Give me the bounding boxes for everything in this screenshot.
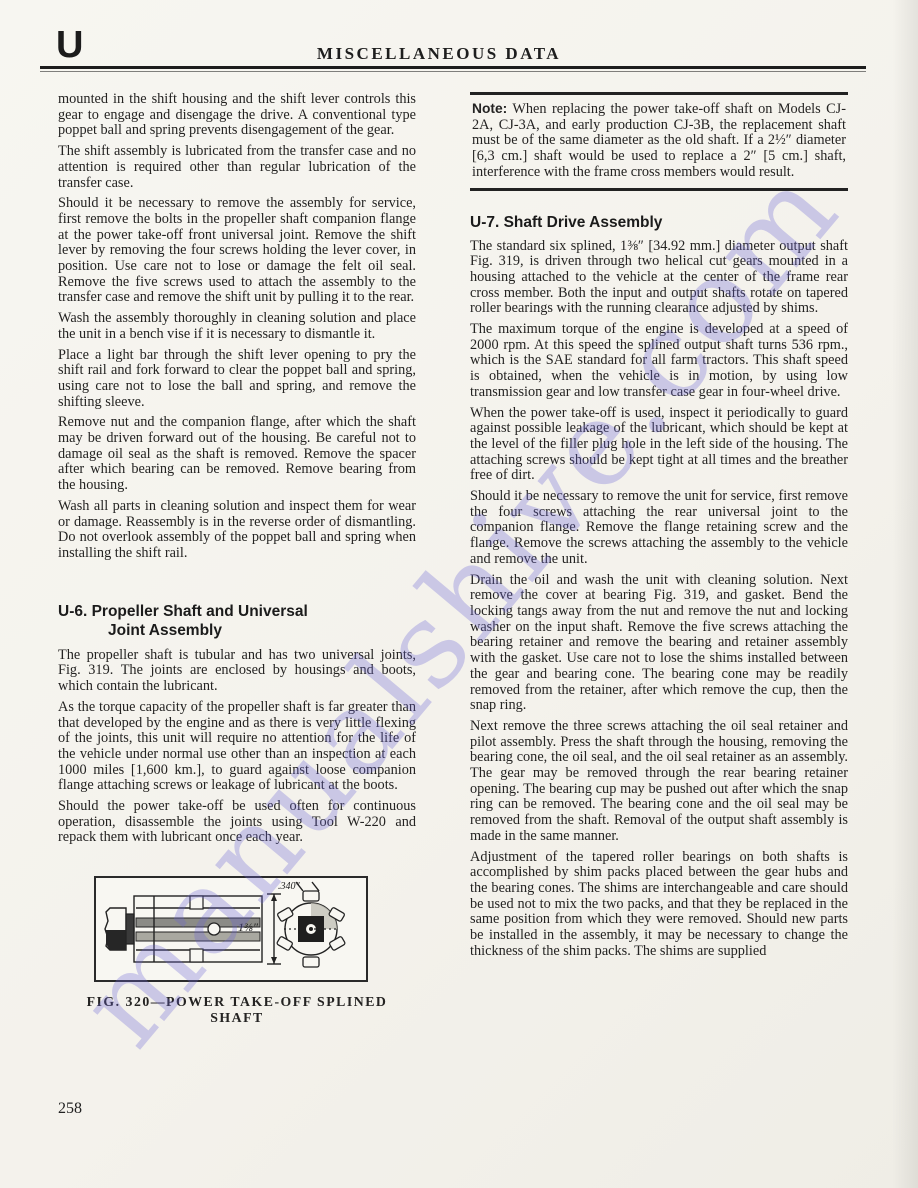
body-paragraph: Drain the oil and wash the unit with cle… (470, 573, 848, 714)
note-label: Note: (472, 101, 507, 116)
body-paragraph: Should it be necessary to remove the ass… (58, 196, 416, 306)
body-paragraph: mounted in the shift housing and the shi… (58, 92, 416, 139)
figure-dimension-left: 1⅜″ (238, 920, 258, 936)
section-heading-u7: U-7. Shaft Drive Assembly (470, 213, 848, 232)
note-box: Note: When replacing the power take-off … (470, 92, 848, 191)
body-paragraph: The shift assembly is lubricated from th… (58, 144, 416, 191)
page-title: MISCELLANEOUS DATA (0, 44, 878, 64)
left-column: mounted in the shift housing and the shi… (58, 92, 416, 1026)
body-paragraph: The propeller shaft is tubular and has t… (58, 648, 416, 695)
body-paragraph: The standard six splined, 1⅜″ [34.92 mm.… (470, 239, 848, 318)
body-paragraph: Should it be necessary to remove the uni… (470, 489, 848, 568)
body-paragraph: The maximum torque of the engine is deve… (470, 322, 848, 401)
note-text: When replacing the power take-off shaft … (472, 101, 846, 180)
body-paragraph: As the torque capacity of the propeller … (58, 700, 416, 794)
body-paragraph: Next remove the three screws attaching t… (470, 719, 848, 845)
scan-edge-shadow (892, 0, 918, 1188)
figure-splined-shaft: .340″ 1⅜″ (94, 876, 368, 982)
right-column: Note: When replacing the power take-off … (470, 92, 848, 964)
splined-shaft-drawing (96, 878, 366, 980)
body-paragraph: Remove nut and the companion flange, aft… (58, 415, 416, 494)
figure-caption: FIG. 320—POWER TAKE-OFF SPLINED SHAFT (58, 994, 416, 1025)
body-paragraph: Place a light bar through the shift leve… (58, 348, 416, 411)
section-heading-line1: U-6. Propeller Shaft and Universal (58, 603, 308, 620)
section-heading-u6: U-6. Propeller Shaft and Universal Joint… (58, 602, 416, 640)
figure-dimension-top: .340″ (278, 879, 300, 895)
body-paragraph: Wash the assembly thoroughly in cleaning… (58, 311, 416, 342)
section-heading-line2: Joint Assembly (58, 621, 416, 640)
page-number: 258 (58, 1100, 82, 1118)
body-paragraph: When the power take-off is used, inspect… (470, 406, 848, 485)
header-rule (40, 66, 866, 69)
body-paragraph: Should the power take-off be used often … (58, 799, 416, 846)
body-paragraph: Adjustment of the tapered roller bearing… (470, 850, 848, 960)
manual-page: U MISCELLANEOUS DATA mounted in the shif… (0, 0, 918, 1188)
header-rule-thin (40, 71, 866, 72)
body-paragraph: Wash all parts in cleaning solution and … (58, 499, 416, 562)
